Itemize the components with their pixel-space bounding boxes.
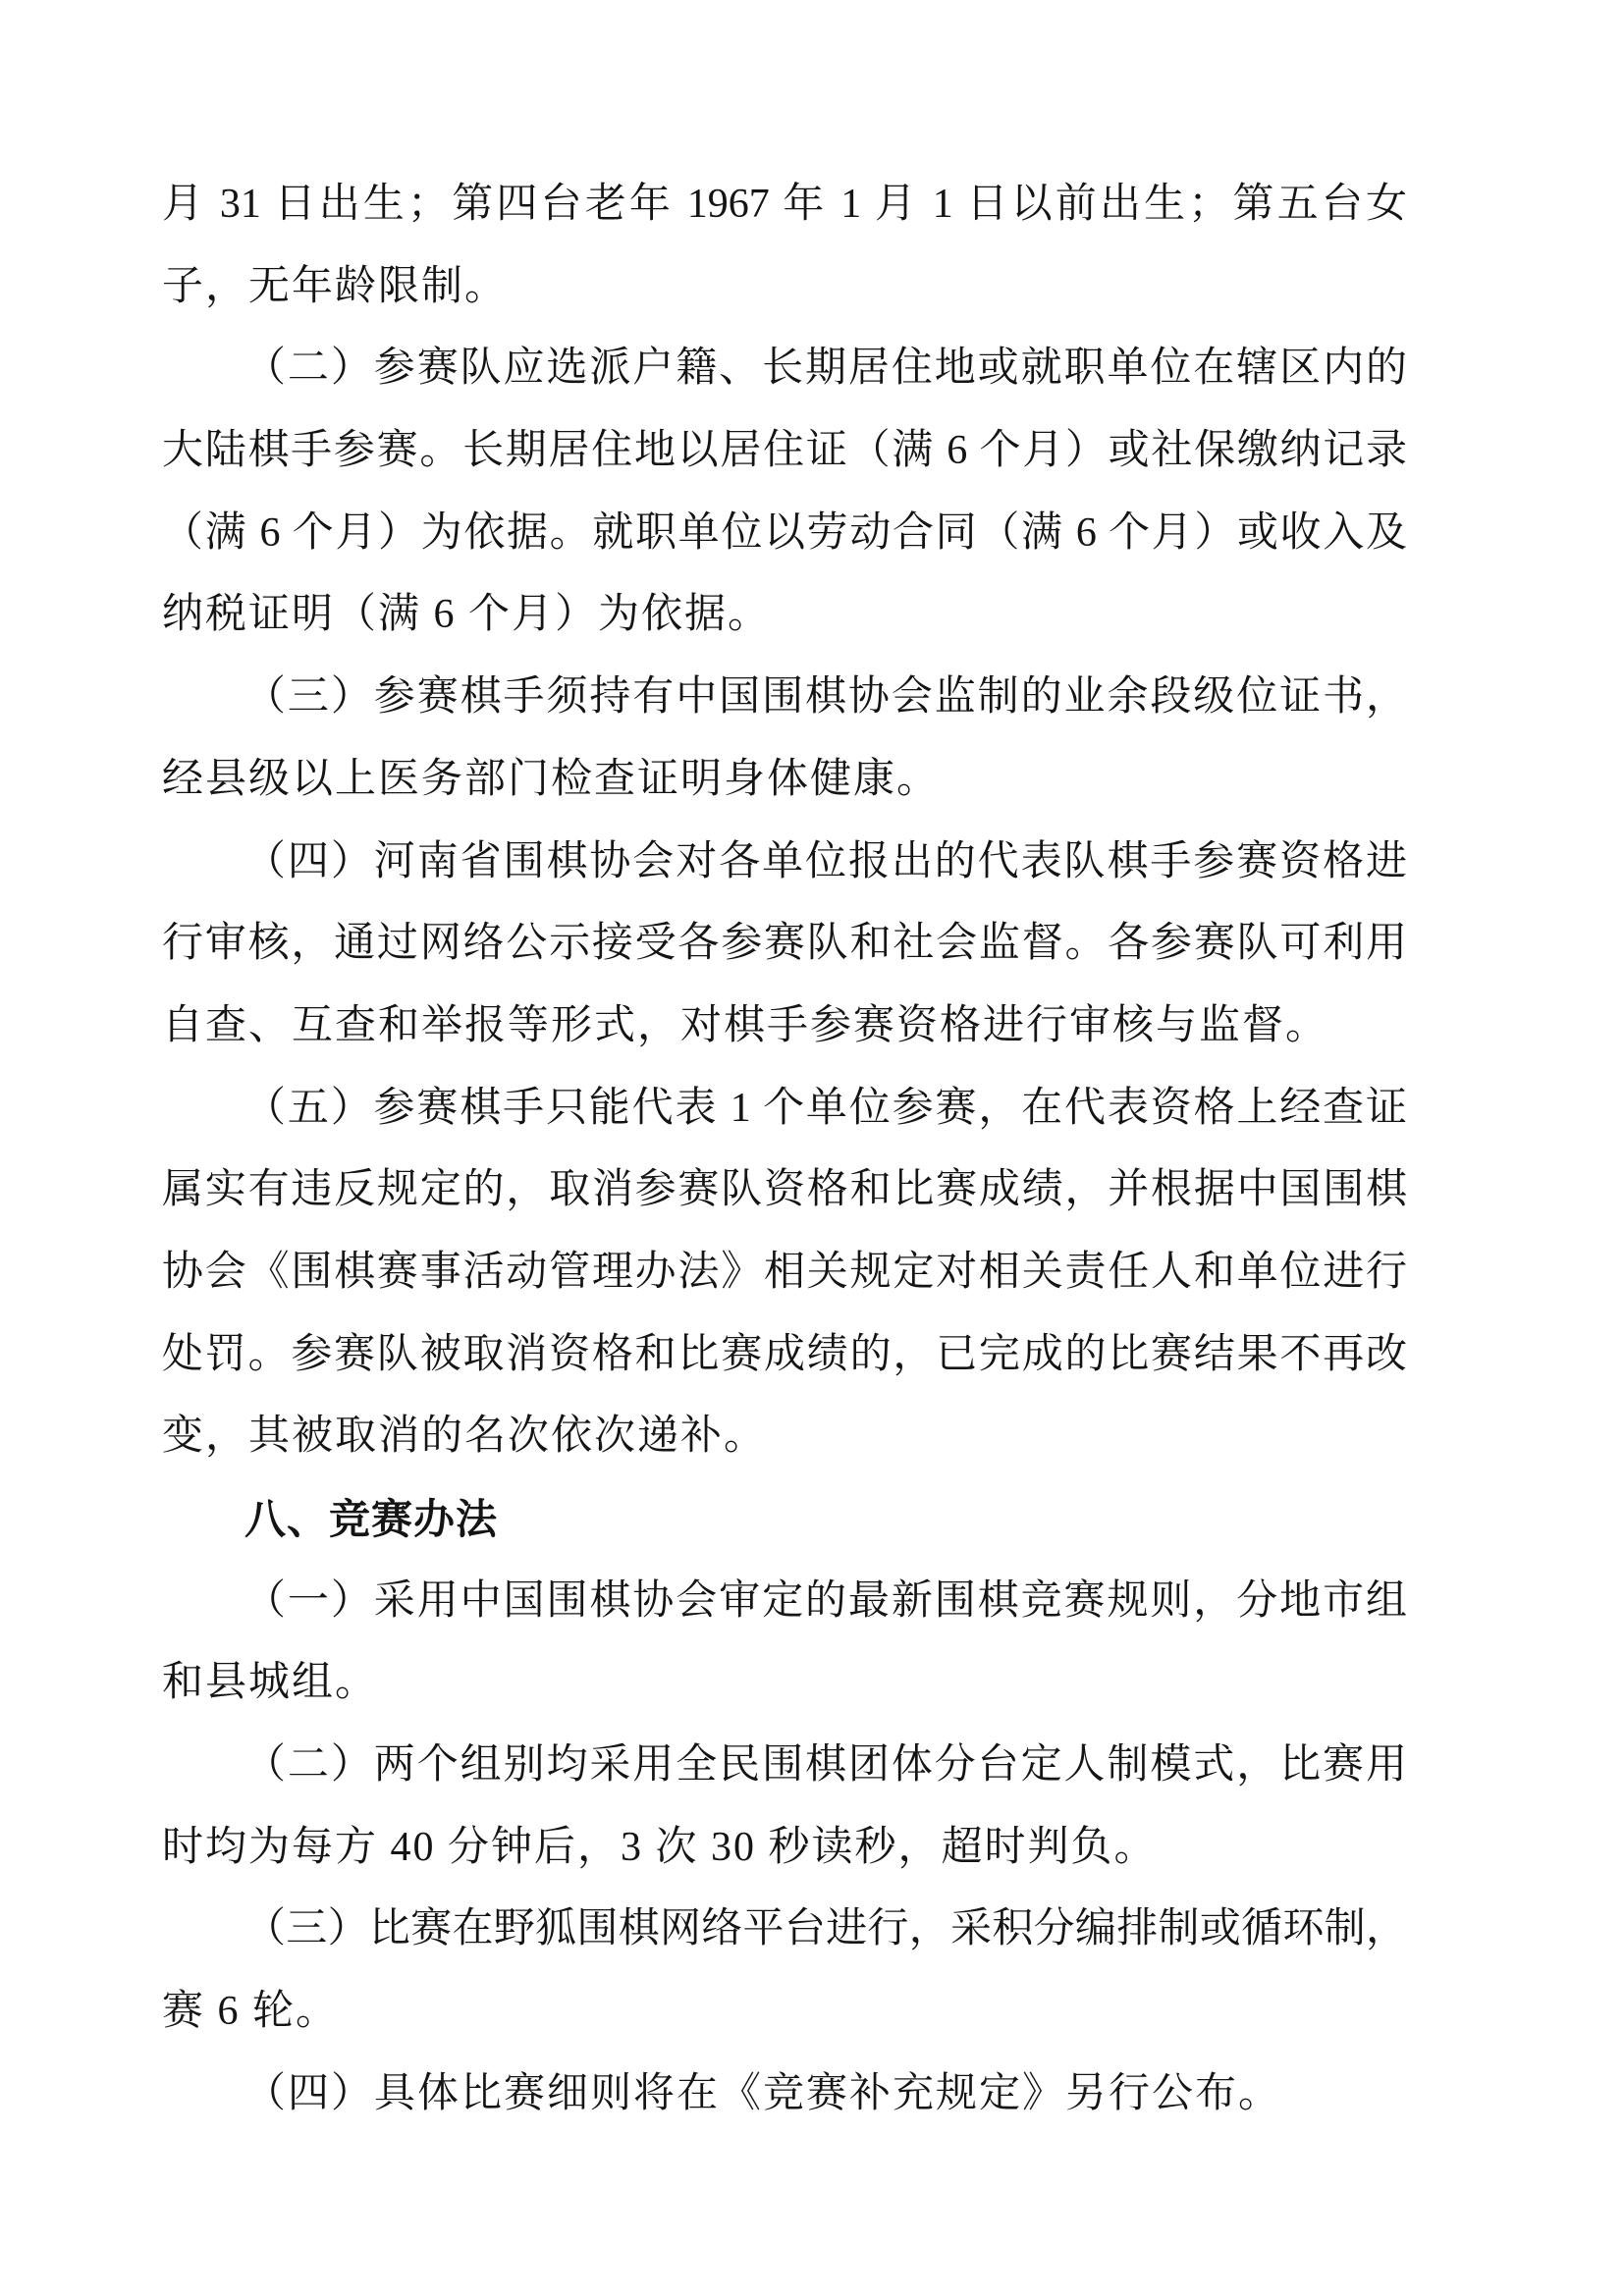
text-line: 月 31 日出生；第四台老年 1967 年 1 月 1 日以前出生；第五台女 [162,164,1407,246]
text-line: （满 6 个月）为依据。就职单位以劳动合同（满 6 个月）或收入及 [162,493,1407,575]
text-line: 变，其被取消的名次依次递补。 [162,1396,1407,1478]
text-line: 属实有违反规定的，取消参赛队资格和比赛成绩，并根据中国围棋 [162,1149,1407,1232]
text-line: （三）参赛棋手须持有中国围棋协会监制的业余段级位证书， [162,657,1407,739]
text-line: 协会《围棋赛事活动管理办法》相关规定对相关责任人和单位进行 [162,1232,1407,1314]
text-block: 月 31 日出生；第四台老年 1967 年 1 月 1 日以前出生；第五台女子，… [162,164,1407,2136]
text-line: （三）比赛在野狐围棋网络平台进行，采积分编排制或循环制， [162,1889,1407,1971]
text-line: 纳税证明（满 6 个月）为依据。 [162,574,1407,657]
text-line: 处罚。参赛队被取消资格和比赛成绩的，已完成的比赛结果不再改 [162,1314,1407,1397]
text-line: 赛 6 轮。 [162,1971,1407,2054]
text-line: 经县级以上医务部门检查证明身体健康。 [162,739,1407,822]
text-line: 大陆棋手参赛。长期居住地以居住证（满 6 个月）或社保缴纳记录 [162,410,1407,493]
text-line: （四）河南省围棋协会对各单位报出的代表队棋手参赛资格进 [162,822,1407,904]
text-line: （一）采用中国围棋协会审定的最新围棋竞赛规则，分地市组 [162,1561,1407,1643]
text-line: （五）参赛棋手只能代表 1 个单位参赛，在代表资格上经查证 [162,1068,1407,1150]
text-line: 时均为每方 40 分钟后，3 次 30 秒读秒，超时判负。 [162,1807,1407,1890]
text-line: 和县城组。 [162,1642,1407,1725]
text-line: （二）参赛队应选派户籍、长期居住地或就职单位在辖区内的 [162,328,1407,410]
section-heading: 八、竞赛办法 [162,1478,1407,1561]
text-line: 自查、互查和举报等形式，对棋手参赛资格进行审核与监督。 [162,986,1407,1068]
text-line: 行审核，通过网络公示接受各参赛队和社会监督。各参赛队可利用 [162,903,1407,986]
text-line: （二）两个组别均采用全民围棋团体分台定人制模式，比赛用 [162,1725,1407,1807]
text-line: 子，无年龄限制。 [162,246,1407,329]
document-page: 月 31 日出生；第四台老年 1967 年 1 月 1 日以前出生；第五台女子，… [0,0,1624,2296]
text-line: （四）具体比赛细则将在《竞赛补充规定》另行公布。 [162,2054,1407,2136]
